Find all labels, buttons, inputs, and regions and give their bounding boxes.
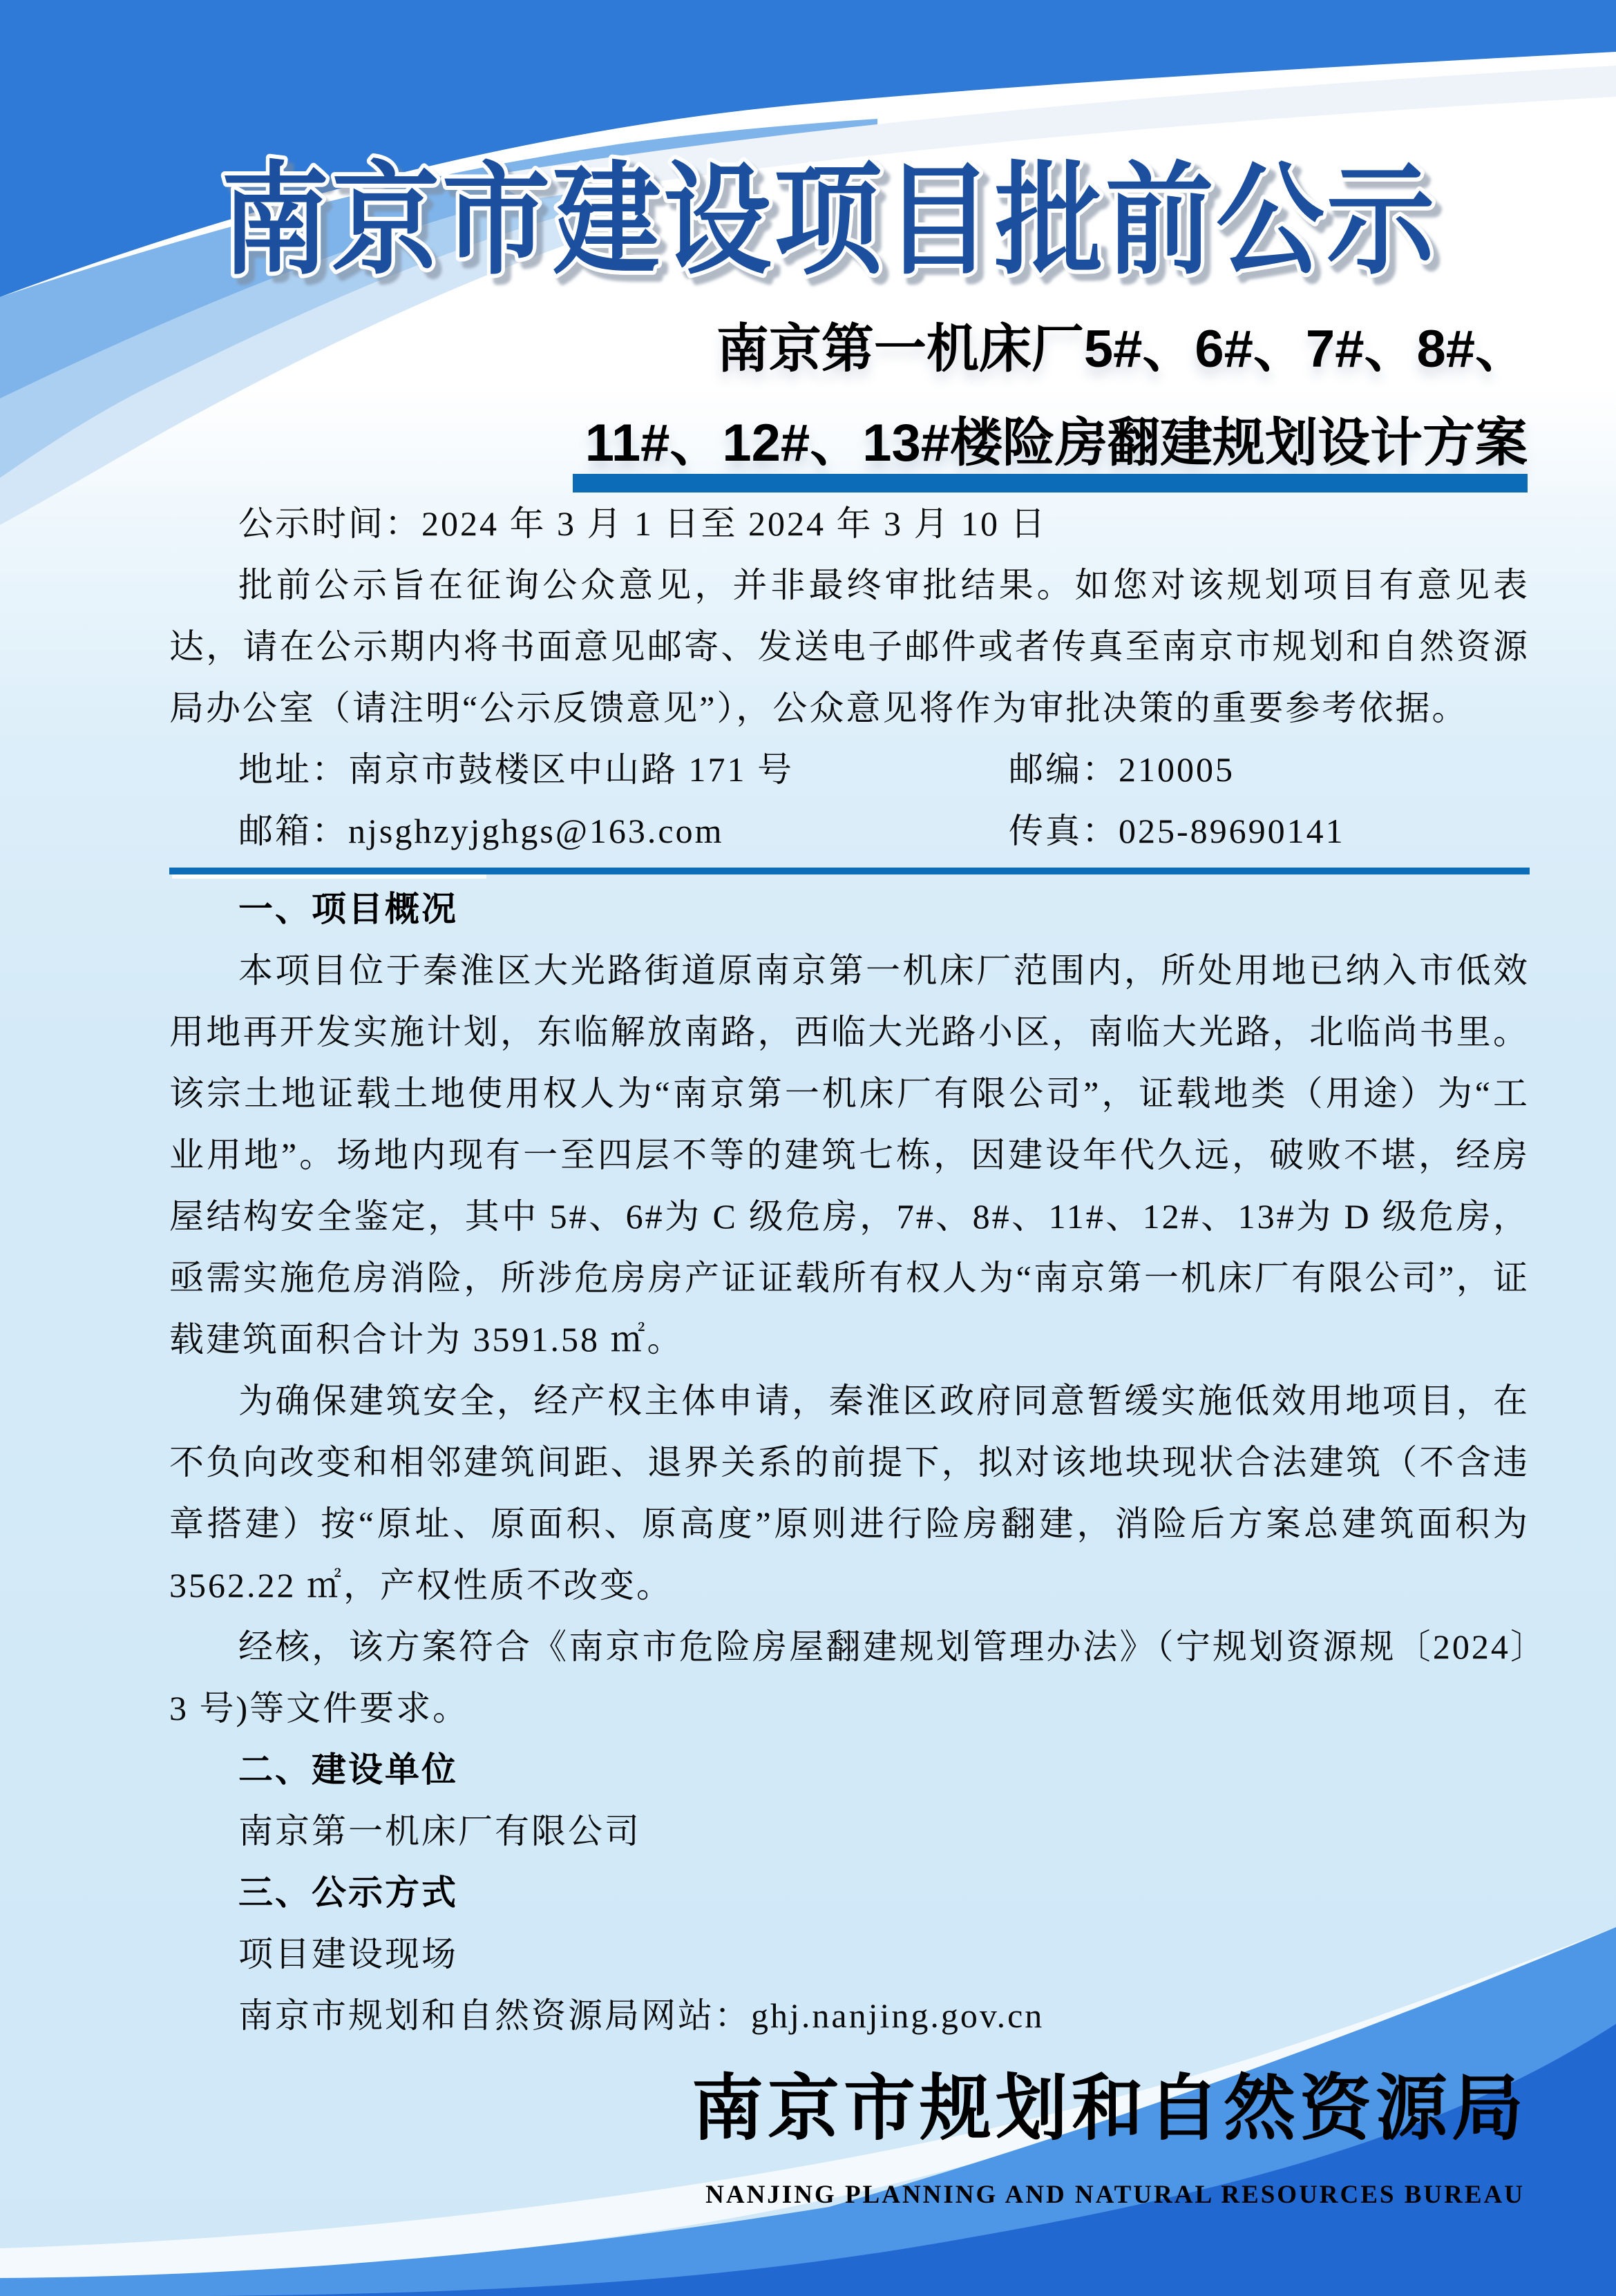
notice-body: 公示时间：2024 年 3 月 1 日至 2024 年 3 月 10 日 批前公… bbox=[169, 493, 1530, 2047]
publicity-period-line: 公示时间：2024 年 3 月 1 日至 2024 年 3 月 10 日 bbox=[169, 493, 1530, 555]
bureau-name-cn: 南京市规划和自然资源局 bbox=[692, 2050, 1528, 2154]
main-title: 南京市建设项目批前公示 bbox=[0, 124, 1616, 304]
contact-row-email: 邮箱：njsghzyjghgs@163.com传真：025-89690141 bbox=[169, 801, 1530, 862]
contact-email: 邮箱：njsghzyjghgs@163.com bbox=[169, 801, 1009, 862]
section-heading-construction-unit: 二、建设单位 bbox=[169, 1739, 1530, 1801]
project-overview-paragraph-3: 经核，该方案符合《南京市危险房屋翻建规划管理办法》（宁规划资源规〔2024〕3 … bbox=[169, 1616, 1530, 1739]
contact-address: 地址：南京市鼓楼区中山路 171 号 bbox=[169, 739, 1009, 801]
subtitle-underline-bar bbox=[573, 474, 1528, 492]
project-overview-paragraph-1: 本项目位于秦淮区大光路街道原南京第一机床厂范围内，所处用地已纳入市低效用地再开发… bbox=[169, 940, 1530, 1370]
construction-unit-line: 南京第一机床厂有限公司 bbox=[169, 1801, 1530, 1862]
bureau-name-en: NANJING PLANNING AND NATURAL RESOURCES B… bbox=[705, 2180, 1525, 2210]
divider-highlight bbox=[172, 874, 486, 879]
section-divider-line bbox=[169, 868, 1530, 874]
section-heading-project-overview: 一、项目概况 bbox=[169, 879, 1530, 940]
contact-postcode: 邮编：210005 bbox=[1009, 739, 1235, 801]
project-overview-paragraph-2: 为确保建筑安全，经产权主体申请，秦淮区政府同意暂缓实施低效用地项目，在不负向改变… bbox=[169, 1370, 1530, 1616]
contact-fax: 传真：025-89690141 bbox=[1009, 801, 1345, 862]
subtitle-line-1: 南京第一机床厂5#、6#、7#、8#、 bbox=[585, 303, 1528, 396]
intro-paragraph: 批前公示旨在征询公众意见，并非最终审批结果。如您对该规划项目有意见表达，请在公示… bbox=[169, 555, 1530, 739]
main-title-text: 南京市建设项目批前公示 bbox=[221, 155, 1437, 289]
poster-page: 南京市建设项目批前公示 南京第一机床厂5#、6#、7#、8#、 11#、12#、… bbox=[0, 0, 1616, 2296]
project-subtitle: 南京第一机床厂5#、6#、7#、8#、 11#、12#、13#楼险房翻建规划设计… bbox=[585, 303, 1528, 490]
contact-row-address: 地址：南京市鼓楼区中山路 171 号邮编：210005 bbox=[169, 739, 1530, 801]
